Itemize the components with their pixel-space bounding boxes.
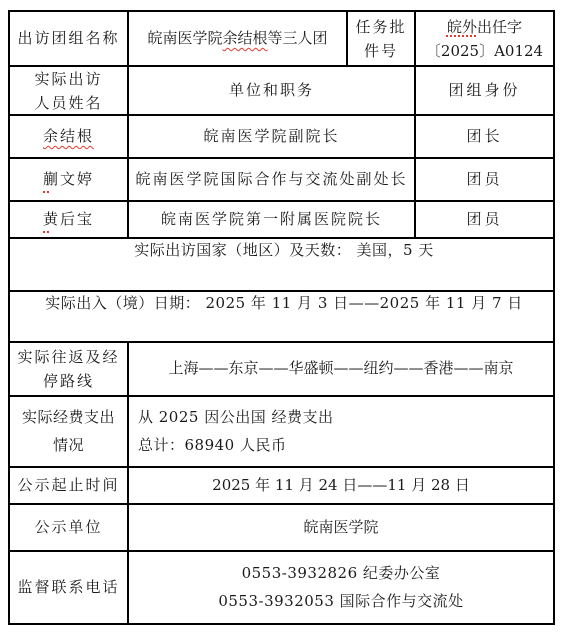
group-name-marked-spellcheck: 余结根 — [222, 29, 267, 47]
approval-marked-spellcheck: 皖外 — [447, 18, 477, 36]
member-name: 余结根 — [10, 116, 127, 157]
notice-period-label: 公示起止时间 — [10, 468, 127, 503]
member-role: 团员 — [414, 159, 553, 200]
group-name-label: 出访团组名称 — [10, 12, 127, 65]
approval-rest: 出任字 — [477, 18, 522, 36]
travel-disclosure-table: 出访团组名称 皖南医学院余结根等三人团 任务批 件号 皖外出任字 〔2025〕A… — [8, 10, 555, 625]
roster-row: 蒯文婷 皖南医学院国际合作与交流处副处长 团员 — [10, 157, 553, 200]
member-name-spellcheck: 蒯文婷 — [43, 168, 94, 191]
expense-source-line: 从 2025 因公出国 经费支出 — [138, 406, 333, 429]
member-name: 黄后宝 — [10, 202, 127, 237]
country-days-text: 实际出访国家（地区）及天数： 美国，5 天 — [10, 239, 553, 290]
task-approval-label: 任务批 件号 — [346, 12, 414, 65]
expense-label-line2: 情况 — [53, 434, 84, 457]
member-name: 蒯文婷 — [10, 159, 127, 200]
member-unit: 皖南医学院第一附属医院院长 — [127, 202, 414, 237]
approval-number-line2: 〔2025〕A0124 — [426, 39, 543, 63]
expense-row: 实际经费支出 情况 从 2025 因公出国 经费支出 总计：68940 人民币 — [10, 395, 553, 466]
personnel-name-label-line2: 人员姓名 — [34, 91, 102, 115]
personnel-name-label: 实际出访 人员姓名 — [10, 67, 127, 114]
contact-phone-line2: 0553-3932053 国际合作与交流处 — [218, 590, 463, 613]
route-label-line2: 停路线 — [43, 369, 94, 393]
notice-unit-value: 皖南医学院 — [127, 505, 553, 550]
approval-number: 皖外出任字 〔2025〕A0124 — [414, 12, 553, 65]
group-role-label: 团组身份 — [414, 67, 553, 114]
personnel-name-label-line1: 实际出访 — [34, 67, 102, 91]
task-approval-label-line2: 件号 — [364, 39, 398, 63]
contact-value: 0553-3932826 纪委办公室 0553-3932053 国际合作与交流处 — [127, 552, 553, 623]
contact-row: 监督联系电话 0553-3932826 纪委办公室 0553-3932053 国… — [10, 550, 553, 623]
contact-label: 监督联系电话 — [10, 552, 127, 623]
group-name-text: 皖南医学院余结根等三人团 — [147, 27, 327, 50]
country-days-row: 实际出访国家（地区）及天数： 美国，5 天 — [10, 237, 553, 290]
group-name-value: 皖南医学院余结根等三人团 — [127, 12, 346, 65]
expense-label-line1: 实际经费支出 — [22, 406, 115, 429]
entry-exit-row: 实际出入（境）日期： 2025 年 11 月 3 日——2025 年 11 月 … — [10, 290, 553, 341]
group-name-suffix: 等三人团 — [268, 29, 328, 47]
route-row: 实际往返及经 停路线 上海——东京——华盛顿——纽约——香港——南京 — [10, 341, 553, 395]
unit-position-label: 单位和职务 — [127, 67, 414, 114]
roster-row: 黄后宝 皖南医学院第一附属医院院长 团员 — [10, 200, 553, 237]
member-role: 团长 — [414, 116, 553, 157]
approval-number-line1: 皖外出任字 — [447, 15, 522, 39]
header-row: 出访团组名称 皖南医学院余结根等三人团 任务批 件号 皖外出任字 〔2025〕A… — [10, 12, 553, 65]
document-page: 出访团组名称 皖南医学院余结根等三人团 任务批 件号 皖外出任字 〔2025〕A… — [0, 0, 563, 632]
task-approval-label-line1: 任务批 — [355, 15, 406, 39]
member-name-spellcheck: 黄后宝 — [43, 208, 94, 231]
notice-period-row: 公示起止时间 2025 年 11 月 24 日——11 月 28 日 — [10, 466, 553, 503]
group-name-prefix: 皖南医学院 — [147, 29, 222, 47]
roster-row: 余结根 皖南医学院副院长 团长 — [10, 114, 553, 157]
member-name-spellcheck: 余结根 — [43, 125, 94, 148]
member-role: 团员 — [414, 202, 553, 237]
route-label-line1: 实际往返及经 — [17, 345, 119, 369]
contact-phone-line1: 0553-3932826 纪委办公室 — [242, 562, 441, 585]
roster-header-row: 实际出访 人员姓名 单位和职务 团组身份 — [10, 65, 553, 114]
notice-period-value: 2025 年 11 月 24 日——11 月 28 日 — [127, 468, 553, 503]
route-label: 实际往返及经 停路线 — [10, 343, 127, 395]
entry-exit-text: 实际出入（境）日期： 2025 年 11 月 3 日——2025 年 11 月 … — [10, 292, 553, 341]
member-unit: 皖南医学院国际合作与交流处副处长 — [127, 159, 414, 200]
route-value: 上海——东京——华盛顿——纽约——香港——南京 — [127, 343, 553, 395]
notice-unit-row: 公示单位 皖南医学院 — [10, 503, 553, 550]
expense-total-line: 总计：68940 人民币 — [138, 434, 287, 457]
expense-label: 实际经费支出 情况 — [10, 397, 127, 466]
expense-value: 从 2025 因公出国 经费支出 总计：68940 人民币 — [127, 397, 553, 466]
notice-unit-label: 公示单位 — [10, 505, 127, 550]
member-unit: 皖南医学院副院长 — [127, 116, 414, 157]
